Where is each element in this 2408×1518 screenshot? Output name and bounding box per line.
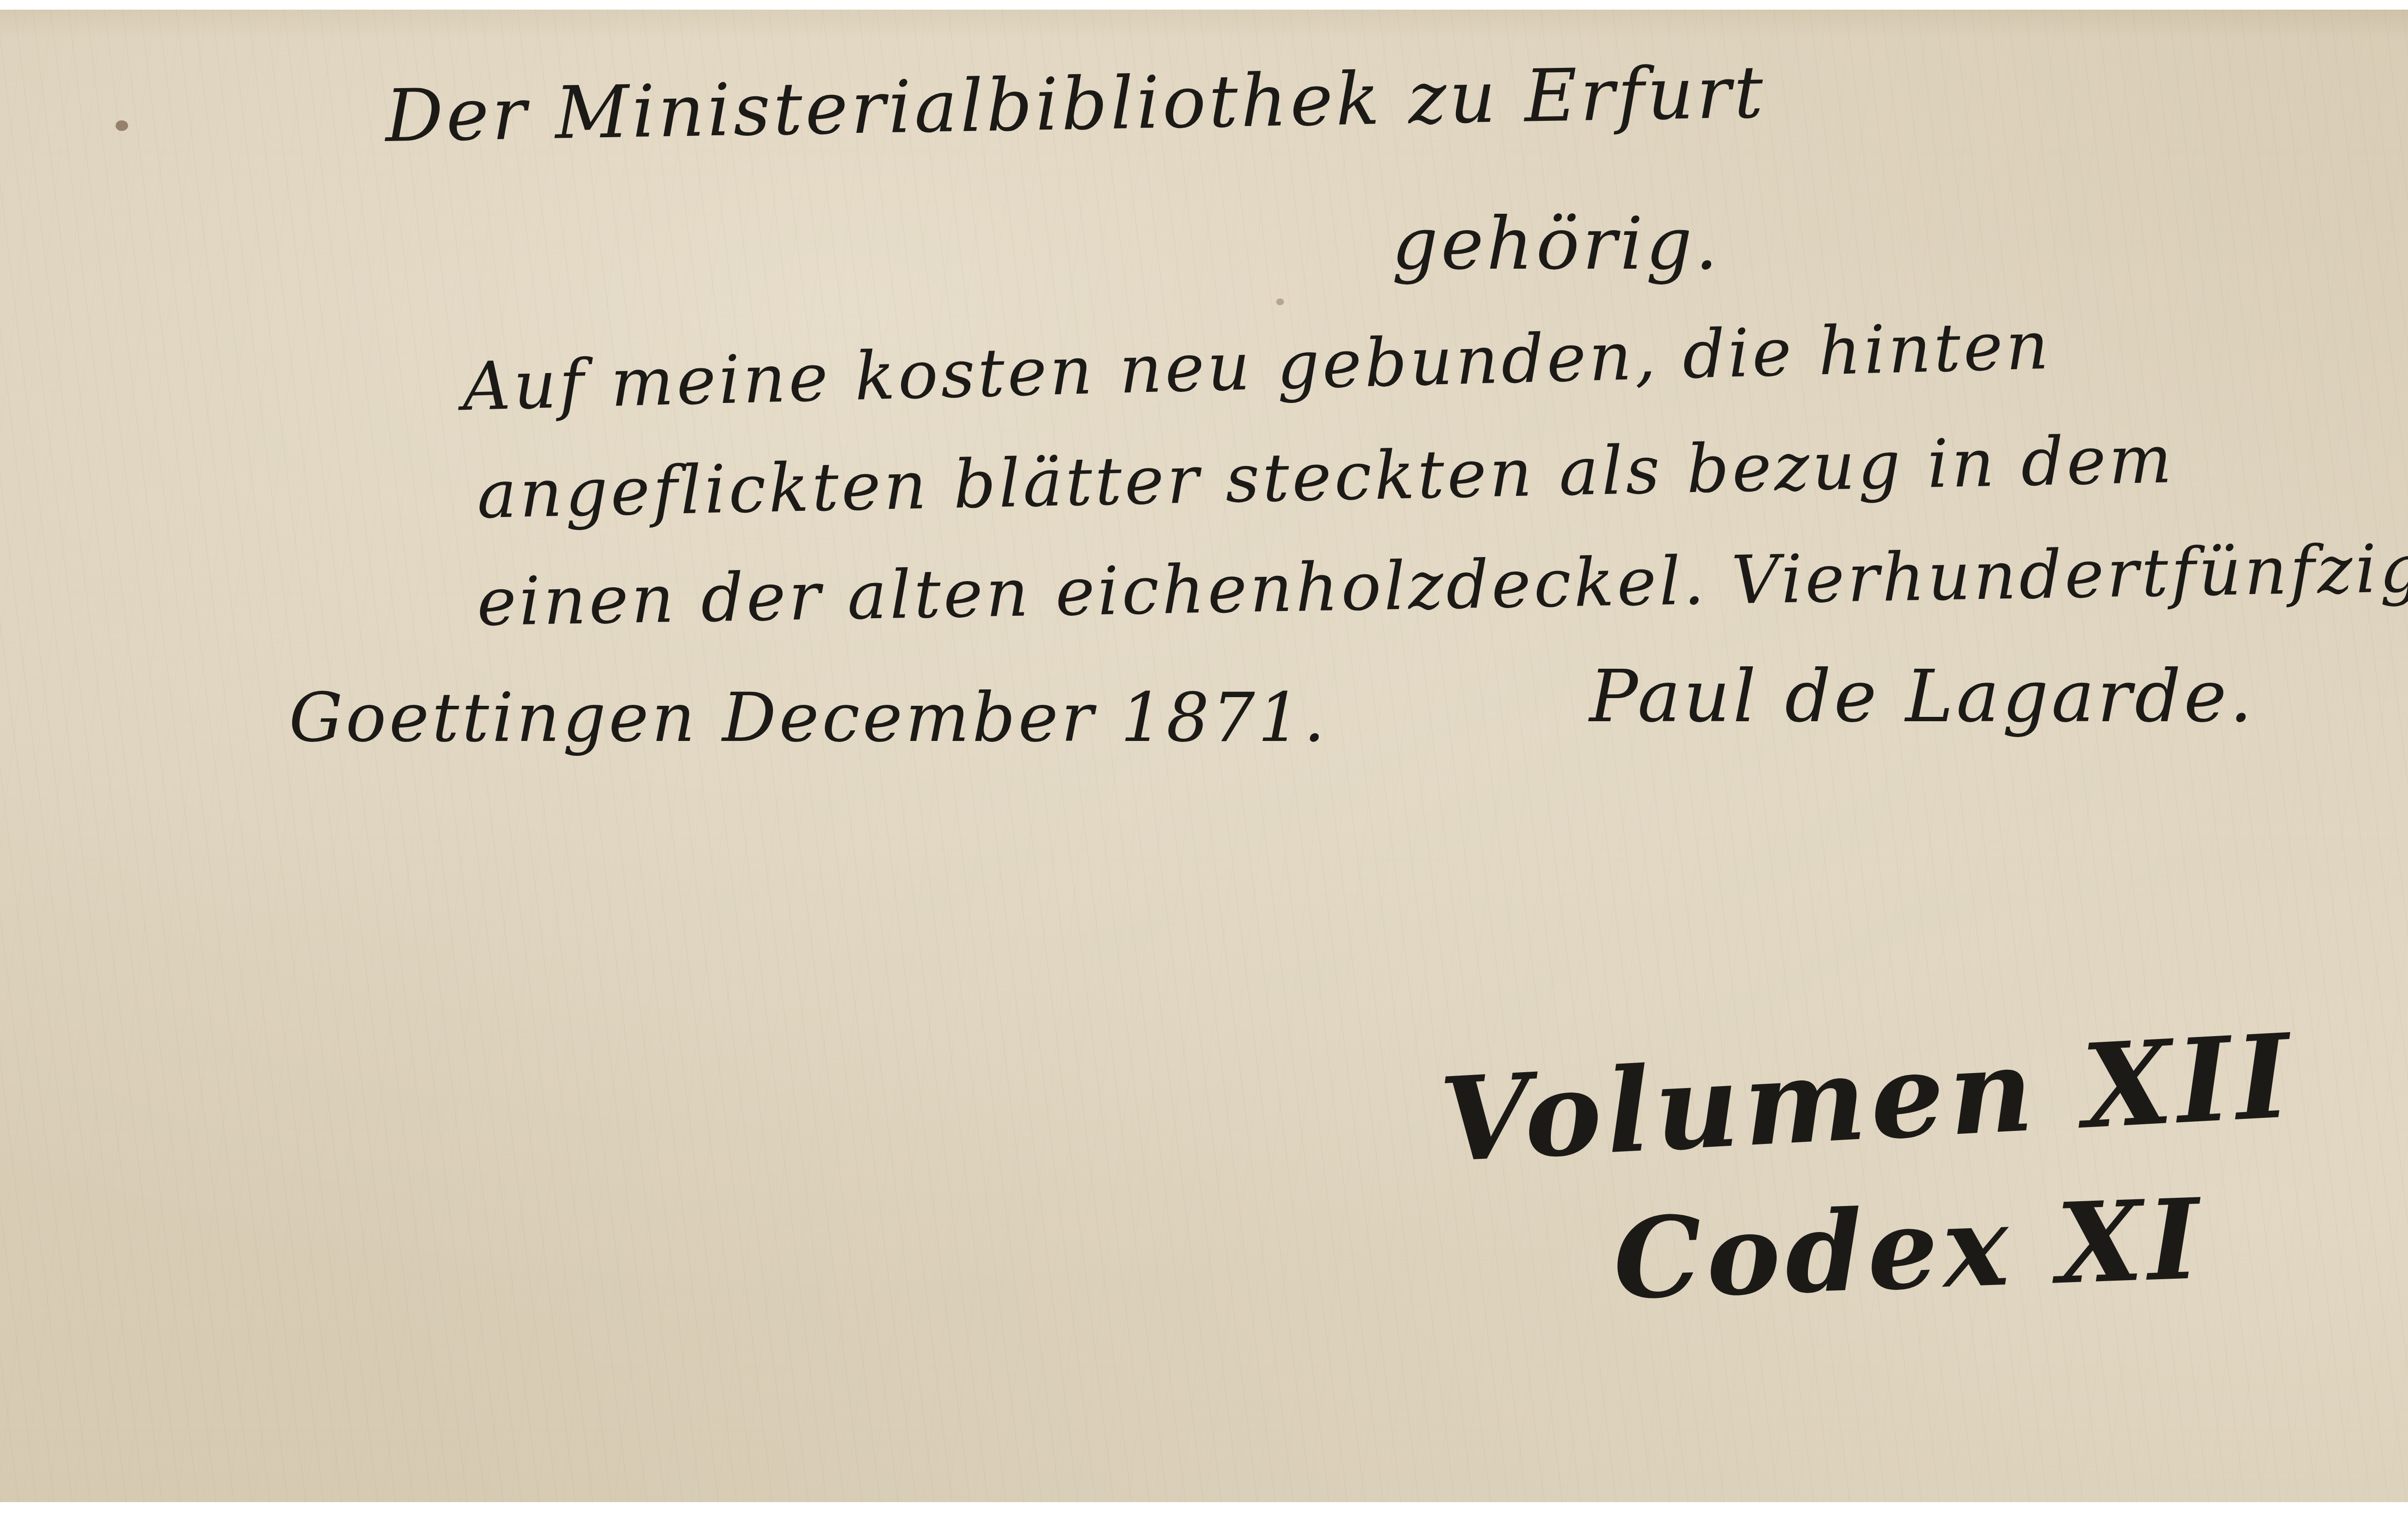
ink-spot [1276,298,1284,305]
ownership-line-2: gehörig. [1392,202,1721,286]
binding-note-line-2: angeflickten blätter steckten als bezug … [476,420,2175,533]
binding-note-line-3: einen der alten eichenholzdeckel. Vierhu… [476,525,2408,641]
signature: Paul de Lagarde. [1589,655,2255,739]
binding-note-line-1: Auf meine kosten neu gebunden, die hinte… [461,307,2052,426]
ink-spot [116,120,128,131]
volume-label: Volumen XII [1437,1008,2298,1189]
codex-label: Codex XI [1611,1174,2207,1325]
ownership-line: Der Ministerialbibliothek zu Erfurt [385,51,1767,158]
place-date: Goettingen December 1871. [289,679,1328,757]
manuscript-page: Der Ministerialbibliothek zu Erfurt gehö… [0,10,2408,1502]
